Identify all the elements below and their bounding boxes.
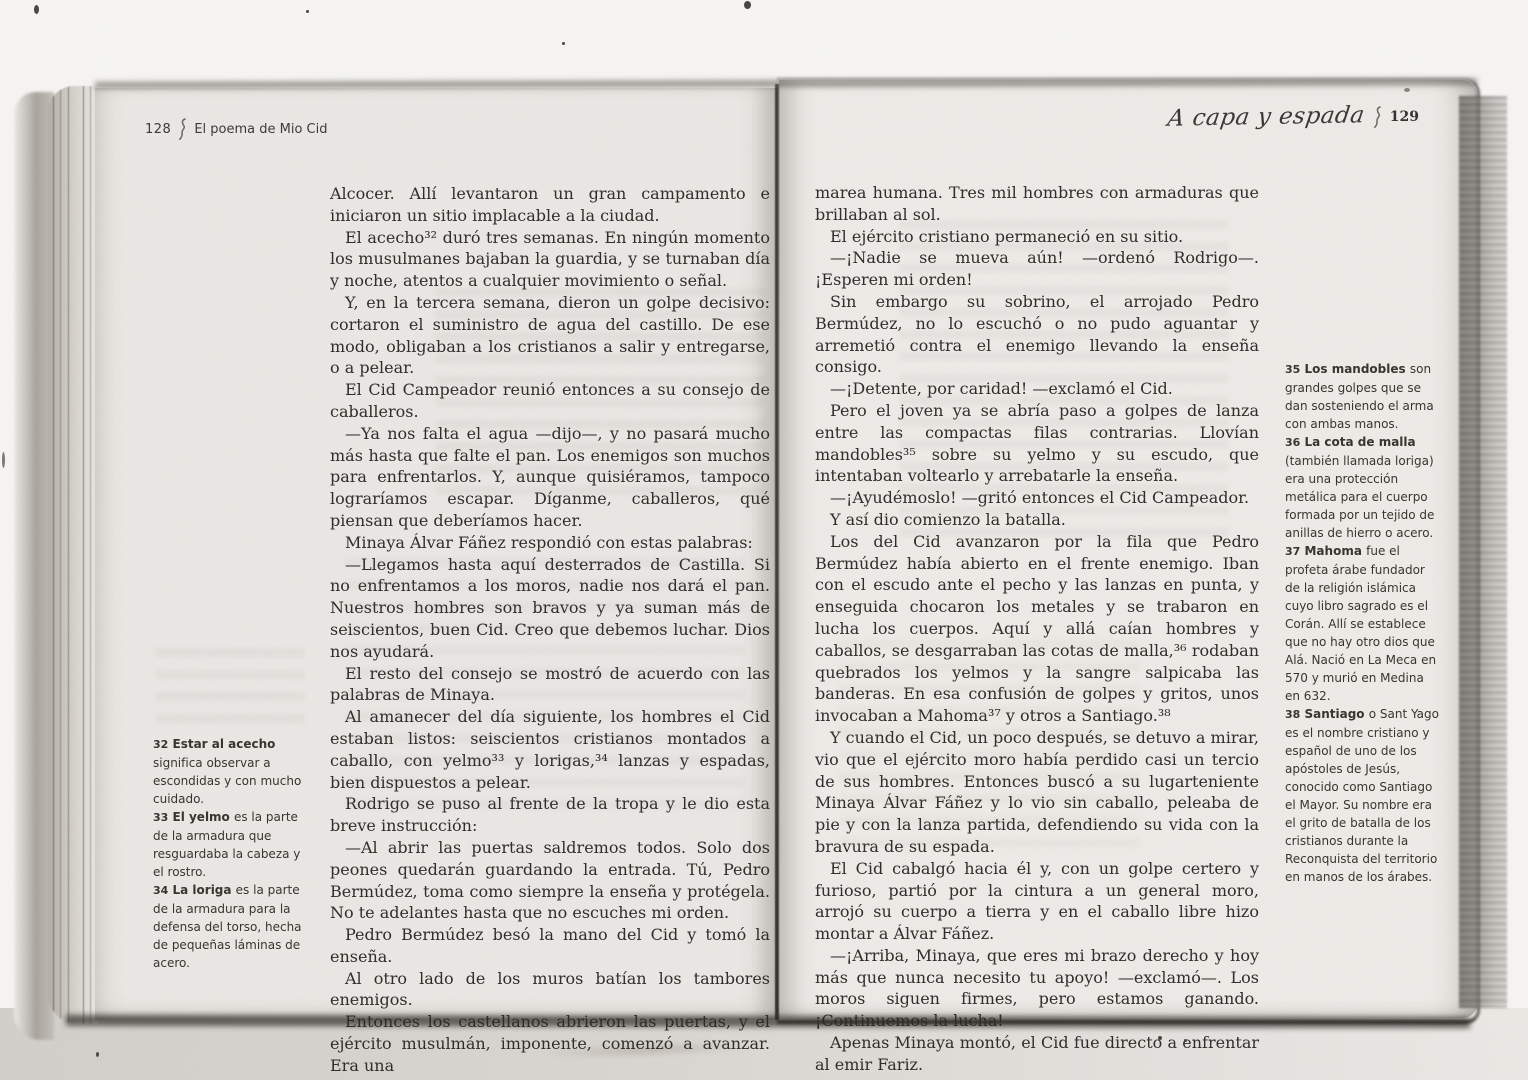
running-title: El poema de Mio Cid (194, 122, 327, 137)
footnote-term: Estar al acecho (168, 737, 275, 751)
footnote: 35 Los mandobles son grandes golpes que … (1285, 360, 1441, 433)
page-number: 128 (145, 122, 171, 137)
main-text-left: Alcocer. Allí levantaron un gran campame… (330, 183, 770, 1077)
paragraph: El Cid Campeador reunió entonces a su co… (330, 379, 770, 423)
paragraph: —Ya nos falta el agua —dijo—, y no pasar… (330, 423, 770, 532)
footnote-text: significa observar a escondidas y con mu… (153, 756, 301, 806)
paragraph: Los del Cid avanzaron por la fila que Pe… (815, 531, 1259, 727)
paragraph: —Al abrir las puertas saldremos todos. S… (330, 837, 770, 924)
paragraph: El Cid cabalgó hacia él y, con un golpe … (815, 858, 1259, 945)
footnote-term: Santiago (1300, 707, 1368, 721)
footnote-text: fue el profeta árabe fundador de la reli… (1285, 544, 1436, 703)
footnote-number: 35 (1285, 363, 1300, 376)
paragraph: —¡Nadie se mueva aún! —ordenó Rodrigo—. … (815, 247, 1259, 291)
page-left: 128 El poema de Mio Cid Alcocer. Allí le… (95, 88, 777, 1020)
paragraph: Pedro Bermúdez besó la mano del Cid y to… (330, 924, 770, 968)
footnote: 38 Santiago o Sant Yago es el nombre cri… (1285, 705, 1441, 886)
paragraph: —¡Ayudémoslo! —gritó entonces el Cid Cam… (815, 487, 1259, 509)
paragraph: —Llegamos hasta aquí desterrados de Cast… (330, 554, 770, 663)
footnote: 32 Estar al acecho significa observar a … (153, 735, 303, 808)
scan-speck (96, 1052, 99, 1057)
footnote-term: La cota de malla (1300, 435, 1415, 449)
running-title: A capa y espada (1166, 102, 1367, 131)
scan-speck (1184, 1039, 1187, 1042)
footnote-text: (también llamada loriga) era una protecc… (1285, 454, 1434, 540)
main-text-right: marea humana. Tres mil hombres con armad… (815, 182, 1259, 1076)
paragraph: Y, en la tercera semana, dieron un golpe… (330, 292, 770, 379)
page-number: 129 (1390, 109, 1419, 125)
footnote-term: Los mandobles (1300, 362, 1410, 376)
scan-background: 128 El poema de Mio Cid Alcocer. Allí le… (0, 0, 1528, 1080)
footnote-number: 32 (153, 738, 168, 751)
paragraph: Alcocer. Allí levantaron un gran campame… (330, 183, 770, 227)
paragraph: Pero el joven ya se abría paso a golpes … (815, 400, 1259, 487)
footnote: 34 La loriga es la parte de la armadura … (153, 881, 303, 972)
paragraph: Y cuando el Cid, un poco después, se det… (815, 727, 1259, 858)
footnote: 33 El yelmo es la parte de la armadura q… (153, 808, 303, 881)
footnote-number: 34 (153, 884, 168, 897)
scan-speck (562, 42, 565, 45)
footnote-number: 37 (1285, 545, 1300, 558)
page-header-left: 128 El poema de Mio Cid (145, 118, 328, 140)
paragraph: El ejército cristiano permaneció en su s… (815, 226, 1259, 248)
paragraph: Al otro lado de los muros batían los tam… (330, 968, 770, 1012)
scan-speck (306, 10, 309, 13)
footnote-text: o Sant Yago es el nombre cristiano y esp… (1285, 707, 1439, 884)
scan-speck (34, 5, 39, 14)
spine-gutter (775, 84, 779, 1020)
paragraph: Al amanecer del día siguiente, los hombr… (330, 706, 770, 793)
footnote: 37 Mahoma fue el profeta árabe fundador … (1285, 542, 1441, 705)
margin-footnotes-right: 35 Los mandobles son grandes golpes que … (1285, 360, 1441, 886)
paragraph: Y así dio comienzo la batalla. (815, 509, 1259, 531)
paragraph: —¡Detente, por caridad! —exclamó el Cid. (815, 378, 1259, 400)
paragraph: marea humana. Tres mil hombres con armad… (815, 182, 1259, 226)
paragraph: Rodrigo se puso al frente de la tropa y … (330, 793, 770, 837)
scan-speck (1404, 88, 1410, 92)
footnote-term: El yelmo (168, 810, 234, 824)
footnote-number: 38 (1285, 708, 1300, 721)
margin-footnotes-left: 32 Estar al acecho significa observar a … (153, 735, 303, 972)
page-header-right: A capa y espada 129 (1168, 104, 1419, 130)
bleed-through (155, 648, 305, 728)
footnote-term: La loriga (168, 883, 235, 897)
scan-speck (2, 452, 5, 468)
page-edge-stack (48, 86, 98, 1024)
section-mark-icon (1373, 106, 1382, 128)
paragraph: Apenas Minaya montó, el Cid fue directo … (815, 1032, 1259, 1076)
page-right: A capa y espada 129 marea humana. Tres m… (779, 80, 1477, 1018)
paragraph: Sin embargo su sobrino, el arrojado Pedr… (815, 291, 1259, 378)
footnote: 36 La cota de malla (también llamada lor… (1285, 433, 1441, 542)
scan-speck (1158, 1036, 1162, 1040)
paragraph: Minaya Álvar Fáñez respondió con estas p… (330, 532, 770, 554)
paragraph: El acecho³² duró tres semanas. En ningún… (330, 227, 770, 292)
footnote-number: 36 (1285, 436, 1300, 449)
footnote-number: 33 (153, 811, 168, 824)
fore-edge-texture (1459, 96, 1507, 1008)
paragraph: El resto del consejo se mostró de acuerd… (330, 663, 770, 707)
footnote-term: Mahoma (1300, 544, 1366, 558)
section-mark-icon (178, 118, 187, 140)
scan-speck (744, 1, 751, 9)
